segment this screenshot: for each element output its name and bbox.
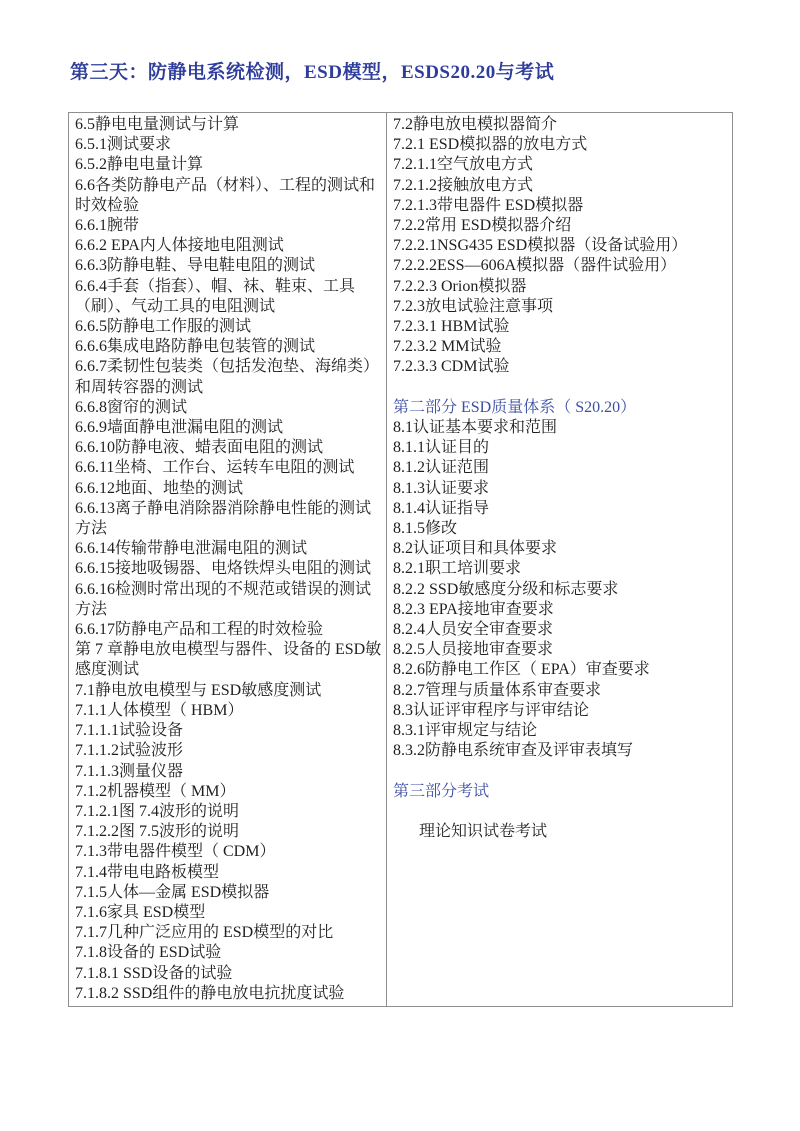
toc-line: 8.1.1认证目的 bbox=[393, 438, 728, 458]
toc-line: 8.2.7管理与质量体系审查要求 bbox=[393, 681, 728, 701]
blank-line bbox=[393, 802, 728, 822]
toc-line: 8.3.1评审规定与结论 bbox=[393, 721, 728, 741]
toc-line: 第 7 章静电放电模型与器件、设备的 ESD敏感度测试 bbox=[75, 640, 382, 680]
toc-line: 6.6.1腕带 bbox=[75, 216, 382, 236]
toc-line: 7.2.2常用 ESD模拟器介绍 bbox=[393, 216, 728, 236]
toc-line: 6.6.5防静电工作服的测试 bbox=[75, 317, 382, 337]
toc-line: 6.6.16检测时常出现的不规范或错误的测试方法 bbox=[75, 580, 382, 620]
toc-line: 8.2.6防静电工作区（ EPA）审查要求 bbox=[393, 660, 728, 680]
toc-line: 8.2.2 SSD敏感度分级和标志要求 bbox=[393, 580, 728, 600]
toc-line: 7.2.1 ESD模拟器的放电方式 bbox=[393, 135, 728, 155]
toc-line: 7.2.1.3带电器件 ESD模拟器 bbox=[393, 196, 728, 216]
toc-line: 8.1.4认证指导 bbox=[393, 499, 728, 519]
toc-line: 7.1.2.1图 7.4波形的说明 bbox=[75, 802, 382, 822]
toc-line: 6.6.4手套（指套）、帽、袜、鞋束、工具（刷）、气动工具的电阻测试 bbox=[75, 277, 382, 317]
toc-line: 6.6.12地面、地垫的测试 bbox=[75, 479, 382, 499]
toc-line: 6.6.9墙面静电泄漏电阻的测试 bbox=[75, 418, 382, 438]
toc-line: 7.1.1.1试验设备 bbox=[75, 721, 382, 741]
toc-line: 7.1.8.2 SSD组件的静电放电抗扰度试验 bbox=[75, 984, 382, 1004]
toc-line: 8.2.1职工培训要求 bbox=[393, 559, 728, 579]
toc-line: 理论知识试卷考试 bbox=[393, 822, 728, 842]
toc-line: 8.3认证评审程序与评审结论 bbox=[393, 701, 728, 721]
toc-line: 6.6.8窗帘的测试 bbox=[75, 398, 382, 418]
toc-line: 7.1.2.2图 7.5波形的说明 bbox=[75, 822, 382, 842]
document-page: 第三天：防静电系统检测，ESD模型，ESDS20.20与考试 6.5静电电量测试… bbox=[0, 0, 800, 1131]
toc-line: 7.1.5人体—金属 ESD模拟器 bbox=[75, 883, 382, 903]
toc-line: 7.2.2.1NSG435 ESD模拟器（设备试验用） bbox=[393, 236, 728, 256]
toc-line: 7.2.3.3 CDM试验 bbox=[393, 357, 728, 377]
blank-line bbox=[393, 762, 728, 782]
toc-line: 7.2静电放电模拟器简介 bbox=[393, 115, 728, 135]
toc-column-left: 6.5静电电量测试与计算6.5.1测试要求6.5.2静电电量计算6.6各类防静电… bbox=[69, 113, 387, 1006]
toc-line: 7.1.3带电器件模型（ CDM） bbox=[75, 842, 382, 862]
toc-line: 7.2.1.2接触放电方式 bbox=[393, 176, 728, 196]
section-heading: 第三部分考试 bbox=[393, 782, 728, 802]
toc-line: 6.5.1测试要求 bbox=[75, 135, 382, 155]
toc-line: 6.6.17防静电产品和工程的时效检验 bbox=[75, 620, 382, 640]
toc-line: 6.6.6集成电路防静电包装管的测试 bbox=[75, 337, 382, 357]
toc-line: 7.2.2.2ESS—606A模拟器（器件试验用） bbox=[393, 256, 728, 276]
toc-column-right: 7.2静电放电模拟器简介7.2.1 ESD模拟器的放电方式7.2.1.1空气放电… bbox=[387, 113, 732, 1006]
toc-line: 6.6.7柔韧性包装类（包括发泡垫、海绵类）和周转容器的测试 bbox=[75, 357, 382, 397]
toc-line: 7.1.7几种广泛应用的 ESD模型的对比 bbox=[75, 923, 382, 943]
toc-table: 6.5静电电量测试与计算6.5.1测试要求6.5.2静电电量计算6.6各类防静电… bbox=[68, 112, 733, 1007]
toc-line: 7.1.2机器模型（ MM） bbox=[75, 782, 382, 802]
toc-line: 7.2.3.1 HBM试验 bbox=[393, 317, 728, 337]
page-title: 第三天：防静电系统检测，ESD模型，ESDS20.20与考试 bbox=[70, 57, 554, 84]
toc-line: 6.5静电电量测试与计算 bbox=[75, 115, 382, 135]
toc-line: 6.6.2 EPA内人体接地电阻测试 bbox=[75, 236, 382, 256]
toc-line: 6.6.10防静电液、蜡表面电阻的测试 bbox=[75, 438, 382, 458]
toc-line: 7.1.8.1 SSD设备的试验 bbox=[75, 964, 382, 984]
toc-line: 7.2.1.1空气放电方式 bbox=[393, 155, 728, 175]
toc-line: 6.6各类防静电产品（材料）、工程的测试和时效检验 bbox=[75, 176, 382, 216]
toc-line: 8.2认证项目和具体要求 bbox=[393, 539, 728, 559]
blank-line bbox=[393, 378, 728, 398]
toc-line: 7.1静电放电模型与 ESD敏感度测试 bbox=[75, 681, 382, 701]
toc-line: 6.5.2静电电量计算 bbox=[75, 155, 382, 175]
toc-line: 8.1.5修改 bbox=[393, 519, 728, 539]
toc-line: 7.1.4带电电路板模型 bbox=[75, 863, 382, 883]
toc-line: 8.2.4人员安全审查要求 bbox=[393, 620, 728, 640]
toc-line: 8.2.3 EPA接地审查要求 bbox=[393, 600, 728, 620]
toc-line: 8.3.2防静电系统审查及评审表填写 bbox=[393, 741, 728, 761]
toc-line: 7.1.1.2试验波形 bbox=[75, 741, 382, 761]
toc-line: 7.1.6家具 ESD模型 bbox=[75, 903, 382, 923]
section-heading: 第二部分 ESD质量体系（ S20.20） bbox=[393, 398, 728, 418]
toc-line: 6.6.14传输带静电泄漏电阻的测试 bbox=[75, 539, 382, 559]
toc-line: 7.2.2.3 Orion模拟器 bbox=[393, 277, 728, 297]
toc-line: 7.1.8设备的 ESD试验 bbox=[75, 943, 382, 963]
toc-line: 6.6.13离子静电消除器消除静电性能的测试方法 bbox=[75, 499, 382, 539]
toc-line: 8.2.5人员接地审查要求 bbox=[393, 640, 728, 660]
toc-line: 7.1.1.3测量仪器 bbox=[75, 762, 382, 782]
toc-line: 8.1认证基本要求和范围 bbox=[393, 418, 728, 438]
toc-line: 7.1.1人体模型（ HBM） bbox=[75, 701, 382, 721]
toc-line: 6.6.11坐椅、工作台、运转车电阻的测试 bbox=[75, 458, 382, 478]
toc-line: 6.6.3防静电鞋、导电鞋电阻的测试 bbox=[75, 256, 382, 276]
toc-line: 7.2.3.2 MM试验 bbox=[393, 337, 728, 357]
toc-line: 8.1.2认证范围 bbox=[393, 458, 728, 478]
toc-line: 7.2.3放电试验注意事项 bbox=[393, 297, 728, 317]
toc-line: 8.1.3认证要求 bbox=[393, 479, 728, 499]
toc-line: 6.6.15接地吸锡器、电烙铁焊头电阻的测试 bbox=[75, 559, 382, 579]
